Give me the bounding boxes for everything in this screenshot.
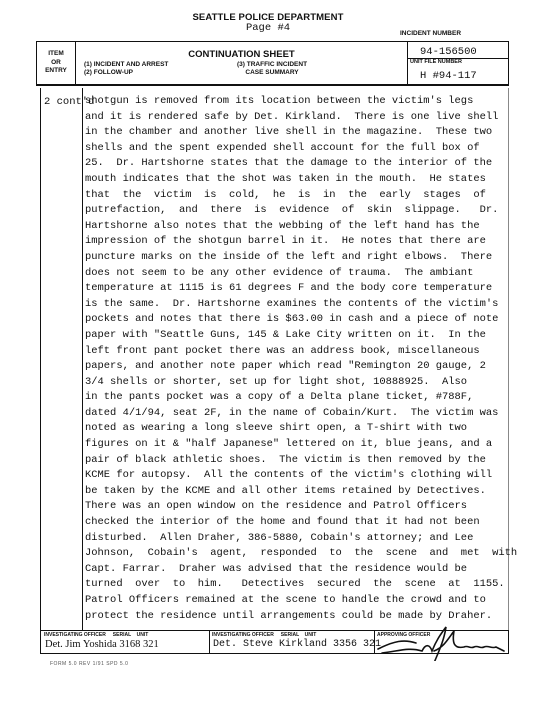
narrative-line: papers, and another note paper which rea… bbox=[85, 359, 535, 375]
narrative-line: noted as wearing a long sleeve shirt ope… bbox=[85, 421, 535, 437]
officer-2-label: INVESTIGATING OFFICER SERIAL UNIT bbox=[212, 632, 316, 638]
sheet-type: CONTINUATION SHEET (1) INCIDENT AND ARRE… bbox=[76, 42, 407, 84]
officer-2-value: Det. Steve Kirkland 3356 321 bbox=[213, 639, 381, 650]
narrative-line: Johnson, Cobain's agent, responded to th… bbox=[85, 546, 535, 562]
narrative-line: turned over to him. Detectives secured t… bbox=[85, 577, 535, 593]
narrative-line: shotgun is removed from its location bet… bbox=[85, 94, 535, 110]
narrative-line: impression of the shotgun barrel in it. … bbox=[85, 234, 535, 250]
option-incident-and-arrest: (1) INCIDENT AND ARREST bbox=[84, 61, 168, 69]
unit-file-number: H #94-117 bbox=[420, 70, 477, 82]
narrative-line: shells and the spent expended shell acco… bbox=[85, 141, 535, 157]
narrative-line: mouth indicates that the shot was taken … bbox=[85, 172, 535, 188]
form-code: FORM 5.0 REV 1/91 SPD 5.0 bbox=[50, 661, 128, 667]
option-follow-up: (2) FOLLOW-UP bbox=[84, 69, 168, 77]
incident-number: 94-156500 bbox=[420, 46, 477, 58]
entry-column: 2 cont'd bbox=[41, 88, 83, 630]
item-or-entry-label: ITEM OR ENTRY bbox=[37, 42, 76, 84]
officer-1-value: Det. Jim Yoshida 3168 321 bbox=[45, 639, 159, 650]
option-traffic-incident: (3) TRAFFIC INCIDENT bbox=[237, 61, 307, 69]
investigating-officer-2: INVESTIGATING OFFICER SERIAL UNIT Det. S… bbox=[209, 631, 375, 653]
file-numbers: 94-156500 UNIT FILE NUMBER H #94-117 bbox=[407, 42, 509, 84]
narrative-line: left front pant pocket there was an addr… bbox=[85, 344, 535, 360]
narrative-line: does not seem to be any other evidence o… bbox=[85, 266, 535, 282]
narrative-line: pockets and notes that there is $63.00 i… bbox=[85, 312, 535, 328]
narrative-line: There was an open window on the residenc… bbox=[85, 499, 535, 515]
narrative-line: temperature at 1115 is 61 degrees F and … bbox=[85, 281, 535, 297]
or-label: OR bbox=[37, 59, 75, 68]
narrative-line: pair of black athletic shoes. The victim… bbox=[85, 453, 535, 469]
incident-number-label: INCIDENT NUMBER bbox=[400, 30, 461, 37]
narrative-line: disturbed. Allen Draher, 386-5880, Cobai… bbox=[85, 531, 535, 547]
investigating-officer-1: INVESTIGATING OFFICER SERIAL UNIT Det. J… bbox=[41, 631, 210, 653]
narrative-line: figures on it & "half Japanese" lettered… bbox=[85, 437, 535, 453]
narrative-line: and it is rendered safe by Det. Kirkland… bbox=[85, 110, 535, 126]
item-label: ITEM bbox=[37, 50, 75, 59]
narrative-line: 3/4 shells or shorter, set up for light … bbox=[85, 375, 535, 391]
footer-box: INVESTIGATING OFFICER SERIAL UNIT Det. J… bbox=[40, 630, 509, 654]
narrative-line: putrefaction, and there is evidence of s… bbox=[85, 203, 535, 219]
unit-file-label: UNIT FILE NUMBER bbox=[408, 58, 509, 65]
header-box: ITEM OR ENTRY CONTINUATION SHEET (1) INC… bbox=[36, 41, 509, 86]
narrative-line: is the same. Dr. Hartshorne examines the… bbox=[85, 297, 535, 313]
narrative-line: be taken by the KCME and all other items… bbox=[85, 484, 535, 500]
narrative-line: paper with "Seattle Guns, 145 & Lake Cit… bbox=[85, 328, 535, 344]
narrative-line: puncture marks on the inside of the left… bbox=[85, 250, 535, 266]
narrative-line: that the victim is cold, he is in the ea… bbox=[85, 188, 535, 204]
narrative-line: in the chamber and another live shell in… bbox=[85, 125, 535, 141]
option-case-summary: CASE SUMMARY bbox=[237, 69, 307, 77]
narrative-line: 25. Dr. Hartshorne states that the damag… bbox=[85, 156, 535, 172]
signature-icon bbox=[374, 621, 508, 661]
entry-label: ENTRY bbox=[37, 67, 75, 76]
narrative-line: Capt. Farrar. Draher was advised that th… bbox=[85, 562, 535, 578]
narrative-line: Hartshorne also notes that the webbing o… bbox=[85, 219, 535, 235]
narrative-line: Patrol Officers remained at the scene to… bbox=[85, 593, 535, 609]
approving-officer: APPROVING OFFICER bbox=[374, 631, 508, 653]
narrative-line: dated 4/1/94, seat 2F, in the name of Co… bbox=[85, 406, 535, 422]
narrative-line: checked the interior of the home and fou… bbox=[85, 515, 535, 531]
officer-1-label: INVESTIGATING OFFICER SERIAL UNIT bbox=[44, 632, 148, 638]
options-left: (1) INCIDENT AND ARREST (2) FOLLOW-UP bbox=[84, 61, 168, 76]
narrative-text: shotgun is removed from its location bet… bbox=[85, 94, 535, 624]
narrative-line: KCME for autopsy. All the contents of th… bbox=[85, 468, 535, 484]
options-right: (3) TRAFFIC INCIDENT CASE SUMMARY bbox=[237, 61, 307, 76]
narrative-box: 2 cont'd shotgun is removed from its loc… bbox=[40, 88, 509, 630]
sheet-title: CONTINUATION SHEET bbox=[76, 49, 407, 60]
narrative-line: in the pants pocket was a copy of a Delt… bbox=[85, 390, 535, 406]
